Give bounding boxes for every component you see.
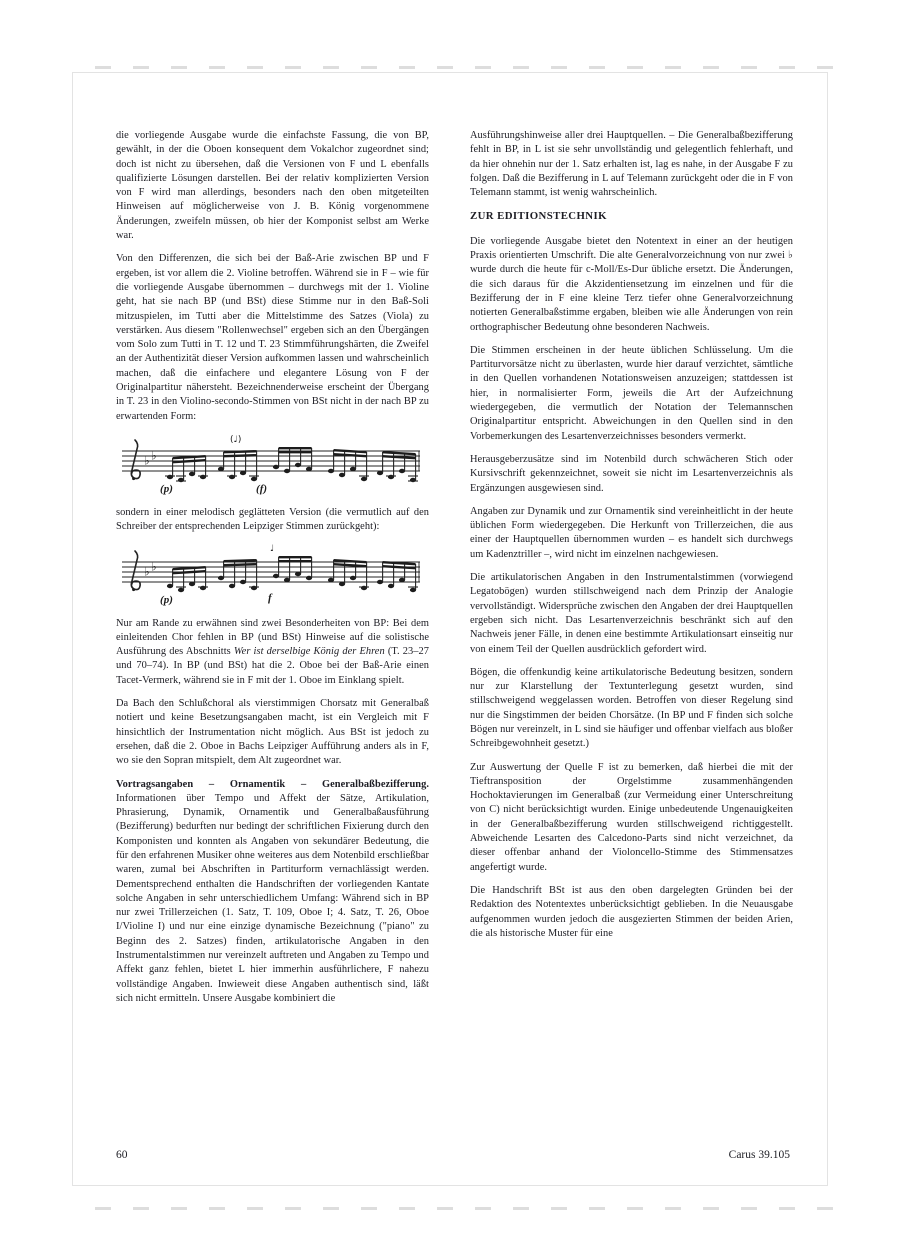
paragraph: Angaben zur Dynamik und zur Ornamentik s… (470, 505, 793, 562)
svg-text:♭: ♭ (144, 564, 150, 578)
beamed-note-group (165, 455, 208, 482)
paragraph: Da Bach den Schlußchoral als vierstimmig… (116, 697, 429, 768)
italic-title: Wer ist derselbige König der Ehren (234, 646, 385, 657)
paragraph-text: Informationen über Tempo und Affekt der … (116, 793, 429, 1004)
music-example-1: (♩) (p) (f) ♭ ♭ (118, 433, 428, 497)
section-heading: ZUR EDITIONSTECHNIK (470, 209, 793, 223)
right-column: Ausführungshinweise aller drei Hauptquel… (470, 129, 793, 950)
scanned-page: die vorliegende Ausgabe wurde die einfac… (72, 72, 828, 1186)
beamed-note-group (328, 449, 369, 481)
beamed-note-group (273, 556, 312, 582)
paragraph: Bögen, die offenkundig keine artikulator… (470, 666, 793, 752)
perforation-marks-bottom (95, 1207, 835, 1210)
music-staff: ♭ ♭ (118, 433, 428, 497)
paragraph: Ausführungshinweise aller drei Hauptquel… (470, 129, 793, 200)
paragraph: Nur am Rande zu erwähnen sind zwei Beson… (116, 617, 429, 688)
left-column: die vorliegende Ausgabe wurde die einfac… (116, 129, 429, 1015)
beamed-note-group (328, 559, 369, 590)
paragraph: Die vorliegende Ausgabe bietet den Noten… (470, 235, 793, 335)
paragraph: sondern in einer melodisch geglätteten V… (116, 506, 429, 535)
catalog-number: Carus 39.105 (729, 1149, 790, 1161)
paragraph: die vorliegende Ausgabe wurde die einfac… (116, 129, 429, 243)
paragraph: Zur Auswertung der Quelle F ist zu bemer… (470, 761, 793, 875)
music-staff: ♭ ♭ (118, 544, 428, 608)
paragraph: Die Stimmen erscheinen in der heute übli… (470, 344, 793, 444)
paragraph: Die artikulatorischen Angaben in den Ins… (470, 571, 793, 657)
svg-text:♭: ♭ (151, 559, 157, 573)
perforation-marks-top (95, 66, 835, 69)
paragraph: Von den Differenzen, die sich bei der Ba… (116, 252, 429, 424)
beamed-note-group (218, 559, 259, 590)
paragraph: Herausgeberzusätze sind im Notenbild dur… (470, 453, 793, 496)
treble-clef-icon (131, 551, 140, 591)
beamed-note-group (167, 566, 208, 592)
page-number: 60 (116, 1149, 128, 1161)
run-in-heading: Vortragsangaben – Ornamentik – Generalba… (116, 779, 429, 790)
svg-text:♭: ♭ (151, 448, 157, 462)
music-example-2: ♩ (p) f ♭ ♭ (118, 544, 428, 608)
svg-text:♭: ♭ (144, 453, 150, 467)
paragraph: Die Handschrift BSt ist aus den oben dar… (470, 884, 793, 941)
treble-clef-icon (131, 440, 140, 480)
paragraph: Vortragsangaben – Ornamentik – Generalba… (116, 778, 429, 1007)
